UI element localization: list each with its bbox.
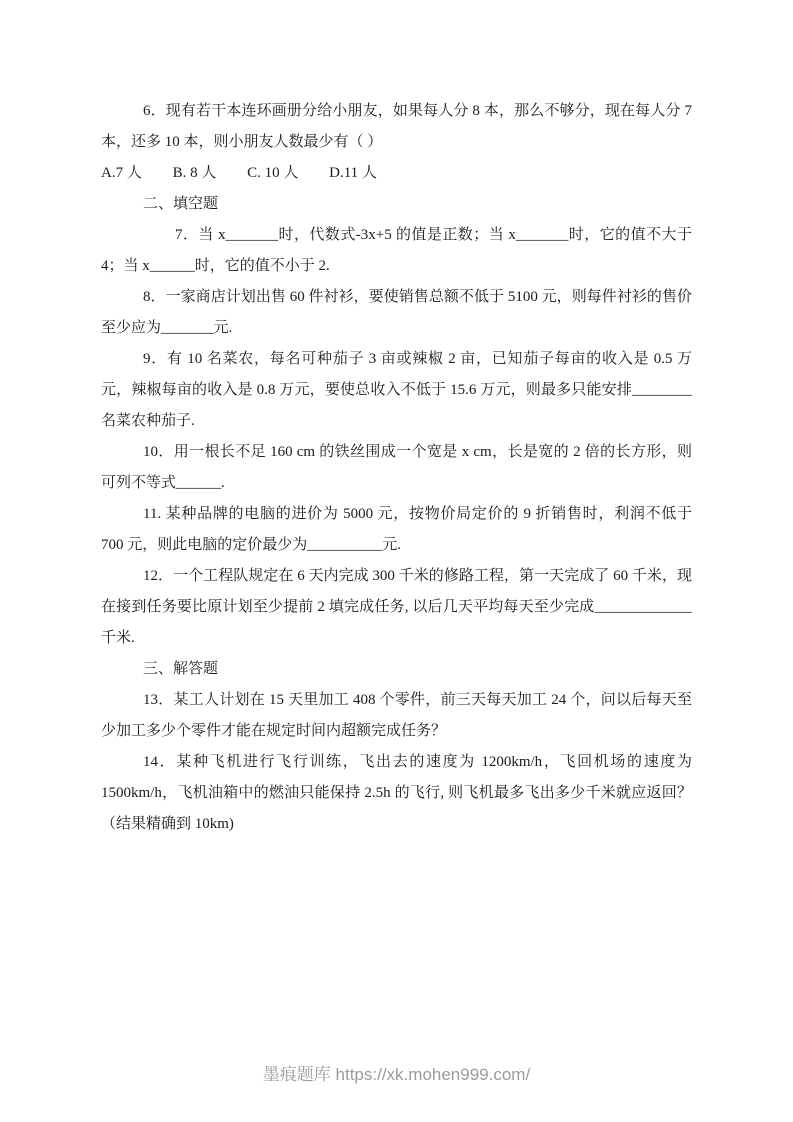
question-6-option-b: B. 8 人 <box>173 165 217 181</box>
question-12-text: 12．一个工程队规定在 6 天内完成 300 千米的修路工程，第一天完成了 60… <box>101 561 692 654</box>
footer-site-name: 墨痕题库 <box>263 1065 331 1084</box>
question-6-option-c: C. 10 人 <box>247 165 298 181</box>
question-6-options: A.7 人 B. 8 人 C. 10 人 D.11 人 <box>101 158 692 189</box>
question-8-text: 8．一家商店计划出售 60 件衬衫，要使销售总额不低于 5100 元，则每件衬衫… <box>101 282 692 344</box>
section-fill-in-heading: 二、填空题 <box>101 189 692 220</box>
question-6-option-a: A.7 人 <box>101 165 142 181</box>
question-14-text: 14．某种飞机进行飞行训练，飞出去的速度为 1200km/h，飞回机场的速度为 … <box>101 747 692 840</box>
question-10-text: 10．用一根长不足 160 cm 的铁丝围成一个宽是 x cm，长是宽的 2 倍… <box>101 437 692 499</box>
question-9-text: 9．有 10 名菜农，每名可种茄子 3 亩或辣椒 2 亩，已知茄子每亩的收入是 … <box>101 344 692 437</box>
question-11-text: 11. 某种品牌的电脑的进价为 5000 元，按物价局定价的 9 折销售时，利润… <box>101 499 692 561</box>
footer-url[interactable]: https://xk.mohen999.com/ <box>336 1065 531 1084</box>
page-footer: 墨痕题库 https://xk.mohen999.com/ <box>0 1064 793 1086</box>
question-13-text: 13．某工人计划在 15 天里加工 408 个零件，前三天每天加工 24 个，问… <box>101 685 692 747</box>
document-page: 6．现有若干本连环画册分给小朋友，如果每人分 8 本，那么不够分，现在每人分 7… <box>0 0 793 1122</box>
question-7-text: 7．当 x_______时，代数式-3x+5 的值是正数；当 x_______时… <box>101 220 692 282</box>
question-6-option-d: D.11 人 <box>329 165 377 181</box>
section-answer-heading: 三、解答题 <box>101 654 692 685</box>
question-6-text: 6．现有若干本连环画册分给小朋友，如果每人分 8 本，那么不够分，现在每人分 7… <box>101 96 692 158</box>
